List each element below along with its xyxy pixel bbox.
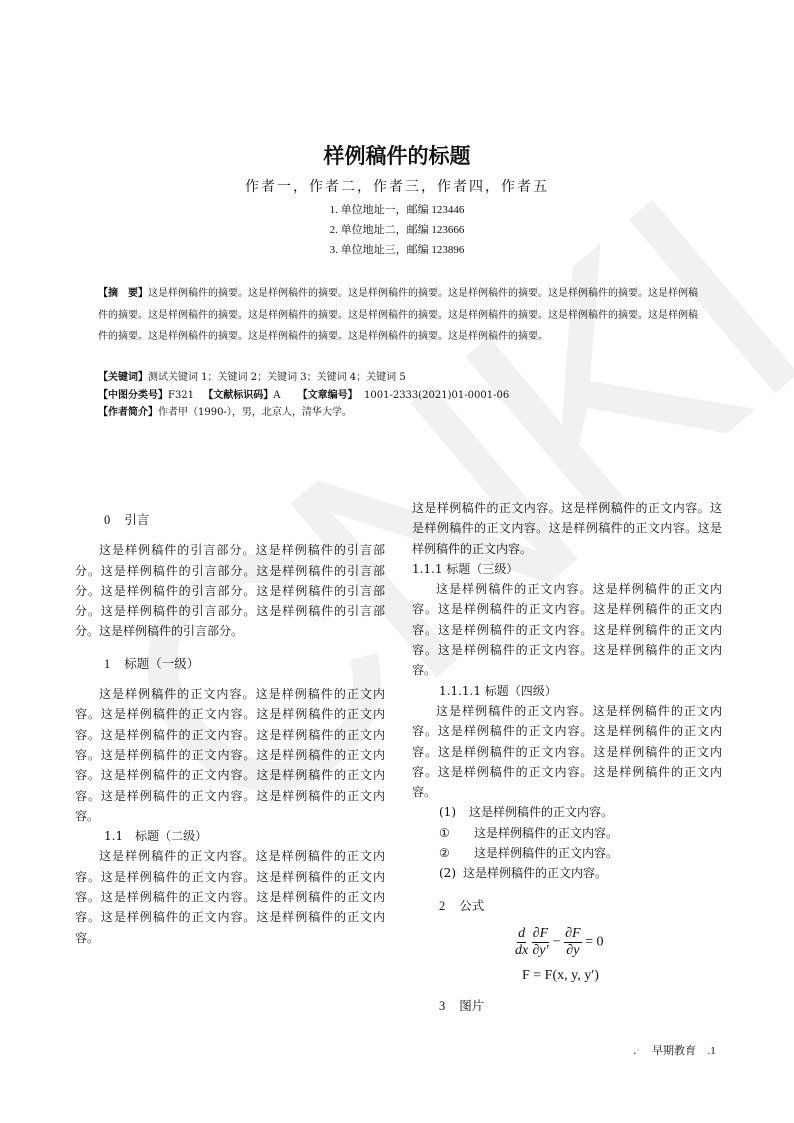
body-paragraph: 这是样例稿件的正文内容。这是样例稿件的正文内容。这是样例稿件的正文内容。这是样例… [412,498,722,559]
footer-dot: . [633,1044,637,1057]
heading-number: 1 [104,657,110,671]
subsubsection-heading-1-1-1: 1.1.1 标题（三级） [412,559,722,579]
list-text: 这是样例稿件的正文内容。 [474,826,618,840]
keywords-text: 测试关键词 1；关键词 2；关键词 3；关键词 4；关键词 5 [148,372,406,383]
heading-text: 标题（一级） [124,656,199,671]
subsection-heading-1-1: 1.1 标题（二级） [75,826,385,846]
list-marker: (2) [439,863,463,883]
heading-level-4: 1.1.1.1 标题（四级） [412,681,722,701]
intro-paragraph: 这是样例稿件的引言部分。这是样例稿件的引言部分。这是样例稿件的引言部分。这是样例… [75,540,385,641]
section-heading-intro: 0引言 [75,510,385,530]
article-no-value: 1001-2333(2021)01-0001-06 [364,390,509,401]
heading-text: 图片 [459,998,484,1013]
list-text: 这是样例稿件的正文内容。 [463,866,607,880]
minus-sign: − [553,935,561,950]
doc-code-value: A [273,390,280,401]
heading-text: 引言 [124,512,149,527]
clc-label: 【中图分类号】 [98,390,168,401]
author-bio-line: 【作者简介】作者甲（1990-），男，北京人，清华大学。 [98,405,708,421]
article-no-label: 【文章编号】 [298,390,358,401]
list-marker: (1) [439,802,469,822]
body-paragraph: 这是样例稿件的正文内容。这是样例稿件的正文内容。这是样例稿件的正文内容。这是样例… [412,701,722,802]
list-item: (2)这是样例稿件的正文内容。 [412,863,722,883]
abstract-text: 这是样例稿件的摘要。这是样例稿件的摘要。这是样例稿件的摘要。这是样例稿件的摘要。… [98,288,698,342]
bio-label: 【作者简介】 [98,407,158,418]
bio-text: 作者甲（1990-），男，北京人，清华大学。 [158,407,352,418]
body-paragraph: 这是样例稿件的正文内容。这是样例稿件的正文内容。这是样例稿件的正文内容。这是样例… [75,684,385,826]
left-column: 0引言 这是样例稿件的引言部分。这是样例稿件的引言部分。这是样例稿件的引言部分。… [75,510,385,948]
list-text: 这是样例稿件的正文内容。 [474,846,618,860]
abstract: 【摘 要】这是样例稿件的摘要。这是样例稿件的摘要。这是样例稿件的摘要。这是样例稿… [98,283,700,348]
list-text: 这是样例稿件的正文内容。 [469,805,613,819]
equation-F-definition: F = F(x, y, y′) [412,966,722,986]
abstract-label: 【摘 要】 [98,288,148,299]
page-number: .1 [708,1045,716,1057]
heading-number: 3 [439,999,445,1013]
author-list: 作者一，作者二，作者三，作者四，作者五 [0,176,794,196]
section-heading-figure: 3图片 [412,996,722,1016]
list-item: ①这是样例稿件的正文内容。 [412,823,722,843]
keywords-line: 【关键词】测试关键词 1；关键词 2；关键词 3；关键词 4；关键词 5 [98,370,708,386]
heading-text: 公式 [459,898,484,913]
keywords-label: 【关键词】 [98,372,148,383]
equation-euler-lagrange: ddx ∂F∂y′ − ∂F∂y = 0 [412,926,722,964]
list-marker: ① [439,823,474,843]
body-paragraph: 这是样例稿件的正文内容。这是样例稿件的正文内容。这是样例稿件的正文内容。这是样例… [412,579,722,680]
affiliation-1: 1. 单位地址一，邮编 123446 [0,201,794,217]
classification-line: 【中图分类号】F321 【文献标识码】A 【文章编号】 1001-2333(20… [98,388,708,404]
list-item: (1)这是样例稿件的正文内容。 [412,802,722,822]
heading-number: 0 [104,513,110,527]
list-marker: ② [439,843,474,863]
equals-zero: = 0 [585,935,603,950]
doc-code-label: 【文献标识码】 [203,390,273,401]
fraction-d-dx: ddx [515,926,528,959]
section-heading-1: 1标题（一级） [75,654,385,674]
affiliation-2: 2. 单位地址二，邮编 123666 [0,221,794,237]
fraction-dF-dyprime: ∂F∂y′ [532,926,549,959]
body-paragraph: 这是样例稿件的正文内容。这是样例稿件的正文内容。这是样例稿件的正文内容。这是样例… [75,846,385,947]
clc-value: F321 [168,390,194,401]
fraction-dF-dy: ∂F∂y [564,926,581,959]
list-item: ②这是样例稿件的正文内容。 [412,843,722,863]
right-column: 这是样例稿件的正文内容。这是样例稿件的正文内容。这是样例稿件的正文内容。这是样例… [412,498,722,1017]
paper-title: 样例稿件的标题 [0,140,794,170]
heading-number: 2 [439,899,445,913]
journal-name: 早期教育 [652,1044,696,1057]
page-footer: . 早期教育 .1 [633,1042,716,1058]
section-heading-formula: 2公式 [412,896,722,916]
affiliation-3: 3. 单位地址三，邮编 123896 [0,241,794,257]
